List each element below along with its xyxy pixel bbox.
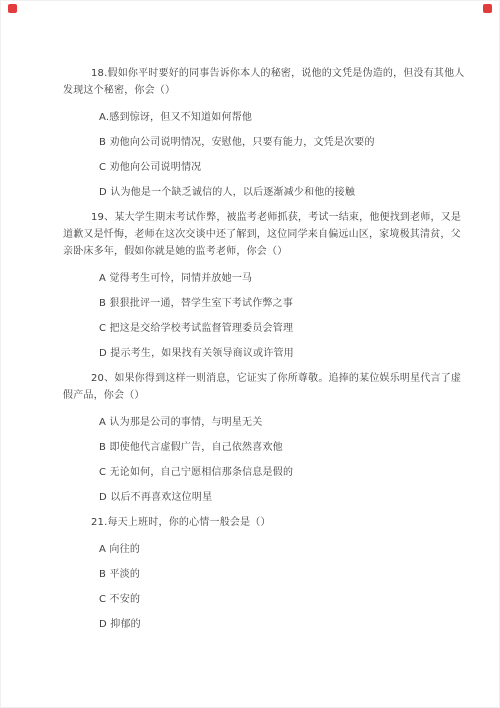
question-20-option-d: D 以后不再喜欢这位明星 <box>63 489 465 506</box>
question-18: 18.假如你平时要好的同事告诉你本人的秘密，说他的文凭是伪造的，但没有其他人发现… <box>63 65 465 201</box>
question-20: 20、如果你得到这样一则消息，它证实了你所尊敬。追捧的某位娱乐明星代言了虚假产品… <box>63 370 465 506</box>
question-21: 21.每天上班时，你的心情一般会是（） A 向往的 B 平淡的 C 不安的 D … <box>63 514 465 633</box>
question-18-option-c: C 劝他向公司说明情况 <box>63 159 465 176</box>
question-19-option-a: A 觉得考生可怜，同情并放她一马 <box>63 270 465 287</box>
question-21-option-a: A 向往的 <box>63 541 465 558</box>
question-18-option-d: D 认为他是一个缺乏诚信的人，以后逐渐减少和他的接触 <box>63 184 465 201</box>
question-21-stem: 21.每天上班时，你的心情一般会是（） <box>63 514 465 531</box>
corner-mark-left-icon <box>8 4 17 13</box>
question-20-option-a: A 认为那是公司的事情，与明星无关 <box>63 414 465 431</box>
question-20-option-b: B 即使他代言虚假广告，自己依然喜欢他 <box>63 439 465 456</box>
question-list: 18.假如你平时要好的同事告诉你本人的秘密，说他的文凭是伪造的，但没有其他人发现… <box>63 65 465 641</box>
corner-mark-right-icon <box>483 4 492 13</box>
question-21-option-b: B 平淡的 <box>63 566 465 583</box>
question-19-stem: 19、某大学生期末考试作弊，被监考老师抓获，考试一结束，他便找到老师，又是道歉又… <box>63 209 465 260</box>
question-20-option-c: C 无论如何，自己宁愿相信那条信息是假的 <box>63 464 465 481</box>
question-19-option-d: D 提示考生，如果找有关领导商议或许管用 <box>63 345 465 362</box>
question-20-stem: 20、如果你得到这样一则消息，它证实了你所尊敬。追捧的某位娱乐明星代言了虚假产品… <box>63 370 465 404</box>
exam-page: 18.假如你平时要好的同事告诉你本人的秘密，说他的文凭是伪造的，但没有其他人发现… <box>0 0 500 708</box>
question-18-stem: 18.假如你平时要好的同事告诉你本人的秘密，说他的文凭是伪造的，但没有其他人发现… <box>63 65 465 99</box>
question-19-option-c: C 把这是交给学校考试监督管理委员会管理 <box>63 320 465 337</box>
question-21-option-c: C 不安的 <box>63 591 465 608</box>
question-18-option-a: A.感到惊讶，但又不知道如何帮他 <box>63 109 465 126</box>
question-19-option-b: B 狠狠批评一通，替学生室下考试作弊之事 <box>63 295 465 312</box>
question-19: 19、某大学生期末考试作弊，被监考老师抓获，考试一结束，他便找到老师，又是道歉又… <box>63 209 465 362</box>
question-18-option-b: B 劝他向公司说明情况，安慰他，只要有能力，文凭是次要的 <box>63 134 465 151</box>
question-21-option-d: D 抑郁的 <box>63 616 465 633</box>
